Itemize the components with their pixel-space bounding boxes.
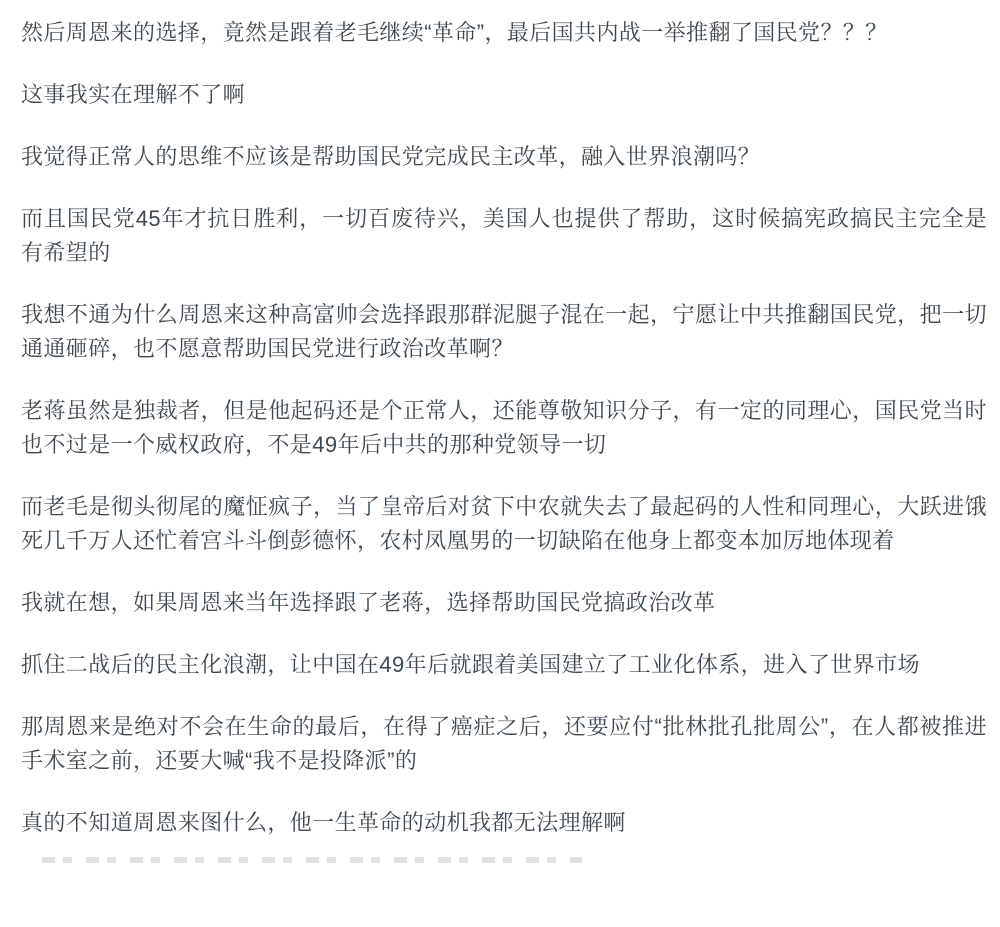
- post-paragraph-8: 我就在想，如果周恩来当年选择跟了老蒋，选择帮助国民党搞政治改革: [21, 586, 987, 620]
- post-paragraph-4: 而且国民党45年才抗日胜利，一切百废待兴，美国人也提供了帮助，这时候搞宪政搞民主…: [21, 202, 987, 270]
- post-paragraph-1: 然后周恩来的选择，竟然是跟着老毛继续“革命”，最后国共内战一举推翻了国民党？？？: [21, 16, 987, 50]
- post-paragraph-5: 我想不通为什么周恩来这种高富帅会选择跟那群泥腿子混在一起，宁愿让中共推翻国民党，…: [21, 298, 987, 366]
- post-paragraph-9: 抓住二战后的民主化浪潮，让中国在49年后就跟着美国建立了工业化体系，进入了世界市…: [21, 648, 987, 682]
- post-body: 然后周恩来的选择，竟然是跟着老毛继续“革命”，最后国共内战一举推翻了国民党？？？…: [0, 0, 1000, 863]
- post-paragraph-6: 老蒋虽然是独裁者，但是他起码还是个正常人，还能尊敬知识分子，有一定的同理心，国民…: [21, 394, 987, 462]
- post-paragraph-7: 而老毛是彻头彻尾的魔怔疯子，当了皇帝后对贫下中农就失去了最起码的人性和同理心，大…: [21, 490, 987, 558]
- post-paragraph-11: 真的不知道周恩来图什么，他一生革命的动机我都无法理解啊: [21, 806, 987, 840]
- post-paragraph-10: 那周恩来是绝对不会在生命的最后，在得了癌症之后，还要应付“批林批孔批周公”，在人…: [21, 710, 987, 778]
- clipped-next-line-remnant: [42, 857, 582, 863]
- post-paragraph-2: 这事我实在理解不了啊: [21, 78, 987, 112]
- post-paragraph-3: 我觉得正常人的思维不应该是帮助国民党完成民主改革，融入世界浪潮吗？: [21, 140, 987, 174]
